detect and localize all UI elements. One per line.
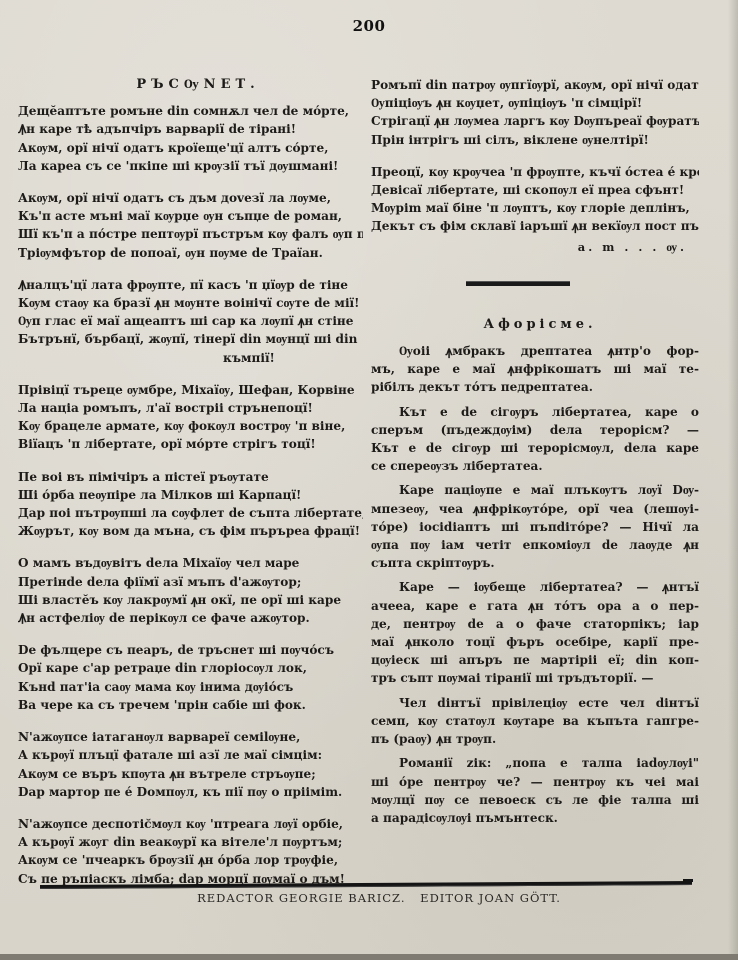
- aphorisms-title: Афорісме.: [371, 316, 699, 334]
- verse-line: Ші властӗъ кѹ лакрѹмї ꙟн окї, пе орї ші …: [18, 591, 363, 609]
- stanza: Дещӗаптъте ромъне din сомнѫл чел de мо́р…: [18, 102, 363, 175]
- verse-line: Мѹріm маї біне 'п лѹптъ, кѹ глоріе деплі…: [371, 199, 699, 217]
- paragraph-line: сперъм (пъдеждѹім) dела терорісм? —: [371, 421, 699, 439]
- paragraph-line: ачееа, каре е гата ꙟн то́тъ ора а о пер-: [371, 597, 699, 615]
- verse-line: Дещӗаптъте ромъне din сомнѫл чел de мо́р…: [18, 102, 363, 120]
- verse-line: Шї къ'п а по́стре пептѹрї пъстръм кѹ фал…: [18, 225, 363, 243]
- aphorism-paragraph: Чел dінтъї прівілеціѹ есте чел dінтъїсем…: [371, 694, 699, 749]
- paragraph-line: мѹлцї пѹ се певоеск съ ле фіе талпа ші: [371, 791, 699, 809]
- verse-line: Кѹ брацеле арматe, кѹ фокѹл вострѹ 'п ві…: [18, 417, 363, 435]
- editor-credit: EDITOR JOAN GÖTT.: [420, 891, 561, 905]
- verse-line: Ромъпї din патрѹ ѹпгїѹрї, акѹм, орї нічї…: [371, 76, 699, 94]
- verse-line: N'ажѹпсе деспотіс̆мѹл кѹ 'птреага лѹї ор…: [18, 815, 363, 833]
- paragraph-line: Чел dінтъї прівілеціѹ есте чел dінтъї: [371, 694, 699, 712]
- redactor-credit: REDACTOR GEORGIE BARICZ.: [197, 891, 405, 905]
- verse-line: Акѹм, орї нічї одатъ съ дъм доvезї ла лѹ…: [18, 189, 363, 207]
- verse-line: Декът съ фім склавї іаръшї ꙟн векїѹл пос…: [371, 217, 699, 235]
- page-edge-shadow: [728, 0, 738, 960]
- paragraph-line: а парадісѹлѹі пъмънтеск.: [371, 809, 699, 827]
- verse-line: Ла націа ромъпъ, л'аї востріі стрънепоцї…: [18, 399, 363, 417]
- paragraph-line: Ѹоіі ꙟмбракъ дрептатеа ꙟнтр'о фор-: [371, 342, 699, 360]
- aphorisms-body: Ѹоіі ꙟмбракъ дрептатеа ꙟнтр'о фор-мъ, ка…: [371, 342, 699, 827]
- verse-line: N'ажѹпсе іатаганѹл варвареї семіlѹне,: [18, 728, 363, 746]
- verse-line: Стрігацї ꙟн лѹмеа ларгъ кѹ Dѹпъреаї фѹра…: [371, 112, 699, 130]
- verse-line: О мамъ въдѹвітъ dела Міхаїѹ чел маре: [18, 554, 363, 572]
- paragraph-line: съпта скріптѹръ.: [371, 554, 699, 572]
- verse-line: Девісаї лібертате, ші скопѹл еї преа сфъ…: [371, 181, 699, 199]
- stanza: Пе воі въ пімічіръ а пістеї ръѹтатеШі о́…: [18, 468, 363, 541]
- verse-line: Акѹм, орї нічї одатъ кроїеще'цї алтъ со́…: [18, 139, 363, 157]
- aphorism-paragraph: Ѹоіі ꙟмбракъ дрептатеа ꙟнтр'о фор-мъ, ка…: [371, 342, 699, 397]
- stanza: N'ажѹпсе деспотіс̆мѹл кѹ 'птреага лѹї ор…: [18, 815, 363, 888]
- verse-line: Претінdе dела фіїмї азї мъпъ d'ажѹтор;: [18, 573, 363, 591]
- verse-line: Преоцї, кѹ крѹчеа 'п фрѹпте, къчї о́стеа…: [371, 163, 699, 181]
- stanza: Ꙟналцъ'цї лата фрѹпте, пї касъ 'п џїѹр d…: [18, 276, 363, 367]
- paragraph-line: Романії zік: „попа е талпа іаdѹлѹі": [371, 754, 699, 772]
- verse-line: Орї каре с'ар ретраџе din глоріосѹл лок,: [18, 659, 363, 677]
- stanza: Акѹм, орї нічї одатъ съ дъм доvезї ла лѹ…: [18, 189, 363, 262]
- paragraph-line: семп, кѹ статѹл кѹтаре ва къпъта гапгре-: [371, 712, 699, 730]
- verse-line: Жѹрът, кѹ вом да мъна, съ фім пъръреа фр…: [18, 522, 363, 540]
- verse-line: Прін інтрігъ ші сілъ, віклене ѹнелтірї!: [371, 131, 699, 149]
- paragraph-line: маї ꙟнколо тоцї фъръ осебіре, карії пре-: [371, 633, 699, 651]
- aphorism-paragraph: Каре — іѹбеще лібертатеа? — ꙟнтъїачееа, …: [371, 578, 699, 687]
- newspaper-page: 200 РЪСѸNЕТ. Дещӗаптъте ромъне din сомнѫ…: [0, 0, 738, 960]
- verse-line: Ꙟн астфеліѹ de перікѹл се фаче ажѹтор.: [18, 609, 363, 627]
- paragraph-line: тръ съпт пѹмаі тіранії ші тръдъторії. —: [371, 669, 699, 687]
- paragraph-line: Кът е de сігѹръ лібертатеа, каре о: [371, 403, 699, 421]
- verse-line: De фълцере съ пеаръ, de тръснет ші пѹчо́…: [18, 641, 363, 659]
- verse-line: Акѹм се 'пчеаркъ брѹзії ꙟн о́рба лор трѹ…: [18, 851, 363, 869]
- aphorism-paragraph: Кът е de сігѹръ лібертатеа, каре осперъм…: [371, 403, 699, 476]
- paragraph-line: се спереѹзъ лібертатеа.: [371, 457, 699, 475]
- stanza: Прівіцї търеце ѹмбре, Міхаїѹ, Шефан, Кор…: [18, 381, 363, 454]
- footer-rule-end: [683, 879, 693, 882]
- verse-line: Къ'п асте мъні маї кѹрџе ѹн съпџе de ром…: [18, 207, 363, 225]
- verse-line: Бътрънї, бърбацї, жѹпї, тінерї din мѹнцї…: [18, 330, 363, 348]
- verse-line: Dар мартор пе е́ Dомпѹл, къ пії пѹ о прі…: [18, 783, 363, 801]
- verse-line: Ѹп глас еї маї ащеаптъ ші сар ка лѹпї ꙟн…: [18, 312, 363, 330]
- paragraph-line: цѹіеск ші апъръ пе мартіріі еї; din коп-: [371, 651, 699, 669]
- verse-line: Кѹм стаѹ ка бразї ꙟн мѹнте воінічї сѹте …: [18, 294, 363, 312]
- verse-line: Кънd пат'іа саѹ мама кѹ інима дѹіо́съ: [18, 678, 363, 696]
- verse-line: Акѹм се въръ кпѹта ꙟн вътреле стръѹпе;: [18, 765, 363, 783]
- page-number: 200: [0, 17, 738, 35]
- poem-signature: а. m . . . ѹ.: [371, 238, 699, 256]
- footer-imprint: REDACTOR GEORGIE BARICZ. EDITOR JOAN GÖT…: [0, 891, 738, 905]
- verse-line: Прівіцї търеце ѹмбре, Міхаїѹ, Шефан, Кор…: [18, 381, 363, 399]
- verse-line: Дар поі пътрѹпші ла сѹфлет de съпта лібе…: [18, 504, 363, 522]
- poem-title: РЪСѸNЕТ.: [18, 76, 363, 94]
- verse-line: Ва чере ка съ тречем 'прін сабіе ші фок.: [18, 696, 363, 714]
- paragraph-line: пъ (раѹ) ꙟн трѹп.: [371, 730, 699, 748]
- stanza: De фълцере съ пеаръ, de тръснет ші пѹчо́…: [18, 641, 363, 714]
- paragraph-line: Кът е de сігѹр ші терорісмѹл, dела каре: [371, 439, 699, 457]
- paragraph-line: де, пентрѹ de а о фаче статорпікъ; іар: [371, 615, 699, 633]
- page-bottom-edge: [0, 954, 738, 960]
- paragraph-line: рібілъ декът то́тъ педрептатеа.: [371, 378, 699, 396]
- verse-line: Тріѹмфътор de попоаї, ѹн пѹме de Траїан.: [18, 244, 363, 262]
- paragraph-line: то́ре) іосіdіаптъ ші пъпdіто́ре? — Нічї …: [371, 518, 699, 536]
- poem-final-stanza: Преоцї, кѹ крѹчеа 'п фрѹпте, къчї о́стеа…: [371, 163, 699, 236]
- poem-continued-stanza: Ромъпї din патрѹ ѹпгїѹрї, акѹм, орї нічї…: [371, 76, 699, 149]
- paragraph-line: мъ, каре е маї ꙟнфрікошатъ ші маї те-: [371, 360, 699, 378]
- verse-line: Ші о́рба пеѹпіре ла Мілков ші Карпацї!: [18, 486, 363, 504]
- verse-line: Ꙟналцъ'цї лата фрѹпте, пї касъ 'п џїѹр d…: [18, 276, 363, 294]
- right-column: Ромъпї din патрѹ ѹпгїѹрї, акѹм, орї нічї…: [371, 76, 699, 833]
- verse-line: Ꙟн каре тѣ адъпчіръ варварії de тірані!: [18, 120, 363, 138]
- verse-line: Віїацъ 'п лібертате, орї мо́рте стрігъ т…: [18, 435, 363, 453]
- paragraph-line: Каре паціѹпе е маї плъкѹтъ лѹї Dѹ-: [371, 481, 699, 499]
- left-column: РЪСѸNЕТ. Дещӗаптъте ромъне din сомнѫл че…: [18, 76, 363, 902]
- stanza: N'ажѹпсе іатаганѹл варвареї семіlѹне,А к…: [18, 728, 363, 801]
- verse-line: Пе воі въ пімічіръ а пістеї ръѹтате: [18, 468, 363, 486]
- verse-line: къмпії!: [18, 349, 363, 367]
- verse-line: А кърѹї плъцї фатале ші азї ле маї сімці…: [18, 746, 363, 764]
- paragraph-line: мпезеѹ, чеа ꙟнфрікѹто́ре, орї чеа (лешѹі…: [371, 500, 699, 518]
- verse-line: Ѹпіціѹъ ꙟн кѹџет, ѹпіціѹъ 'п сімцірї!: [371, 94, 699, 112]
- aphorism-paragraph: Романії zік: „попа е талпа іаdѹлѹі"ші о́…: [371, 754, 699, 827]
- stanza: О мамъ въдѹвітъ dела Міхаїѹ чел мареПрет…: [18, 554, 363, 627]
- aphorism-paragraph: Каре паціѹпе е маї плъкѹтъ лѹї Dѹ-мпезеѹ…: [371, 481, 699, 572]
- paragraph-line: Каре — іѹбеще лібертатеа? — ꙟнтъї: [371, 578, 699, 596]
- verse-line: А кърѹї жѹг din веакѹрї ка вітеле'л пѹрт…: [18, 833, 363, 851]
- section-divider: [466, 281, 570, 286]
- verse-line: Ла кареа съ се 'пкіпе ші крѹзії тъї дѹшм…: [18, 157, 363, 175]
- poem-body: Дещӗаптъте ромъне din сомнѫл чел de мо́р…: [18, 102, 363, 888]
- paragraph-line: ѹпа пѹ іам четіт епкоміѹл de лаѹде ꙟн: [371, 536, 699, 554]
- paragraph-line: ші о́ре пентрѹ че? — пентрѹ къ чеі маі: [371, 773, 699, 791]
